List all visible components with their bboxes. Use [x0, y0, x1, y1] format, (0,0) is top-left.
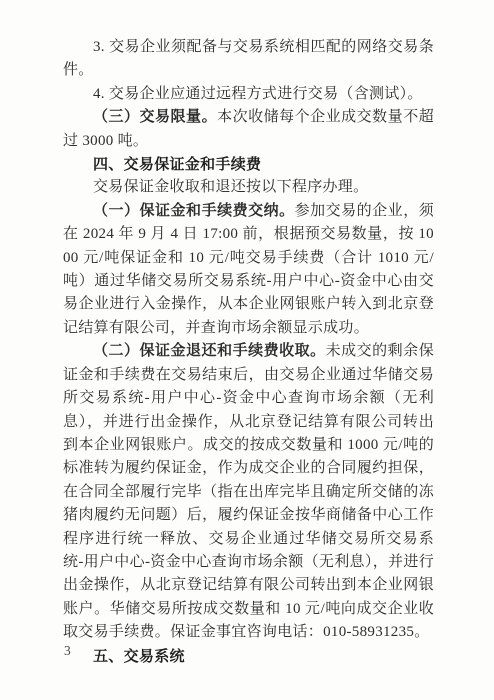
- paragraph-lead: （三）交易限量。: [93, 109, 217, 125]
- section-heading: 四、交易保证金和手续费: [63, 153, 434, 176]
- section-heading: 五、交易系统: [63, 645, 434, 668]
- paragraph: 3. 交易企业须配备与交易系统相匹配的网络交易条件。: [63, 36, 434, 83]
- page-number: 3: [64, 643, 71, 659]
- paragraph: 交易保证金收取和退还按以下程序办理。: [63, 176, 434, 199]
- document-page: 3. 交易企业须配备与交易系统相匹配的网络交易条件。4. 交易企业应通过远程方式…: [0, 0, 494, 700]
- paragraph-lead: （一）保证金和手续费交纳。: [93, 203, 295, 219]
- paragraph: 4. 交易企业应通过远程方式进行交易（含测试）。: [63, 83, 434, 106]
- paragraph-lead: （二）保证金退还和手续费收取。: [93, 343, 326, 359]
- paragraph: （二）保证金退还和手续费收取。未成交的剩余保证金和手续费在交易结束后，由交易企业…: [63, 340, 434, 644]
- paragraph: （一）保证金和手续费交纳。参加交易的企业，须在 2024 年 9 月 4 日 1…: [63, 200, 434, 340]
- paragraph: （三）交易限量。本次收储每个企业成交数量不超过 3000 吨。: [63, 106, 434, 153]
- document-body: 3. 交易企业须配备与交易系统相匹配的网络交易条件。4. 交易企业应通过远程方式…: [63, 36, 434, 668]
